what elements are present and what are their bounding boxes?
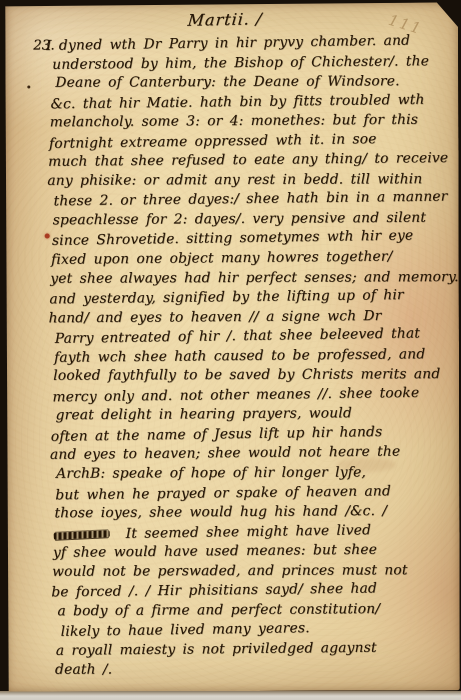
manuscript-line-text: fayth wch shee hath caused to be profess… (54, 346, 425, 366)
manuscript-scan: Martii. / 111 23. I dyned wth Dr Parry i… (0, 0, 461, 700)
text-block: I dyned wth Dr Parry in hir pryvy chambe… (49, 32, 455, 681)
manuscript-line-text: yf shee would have used meanes: but shee (53, 542, 377, 561)
manuscript-line-text: be forced /. / Hir phisitians sayd/ shee… (51, 581, 377, 601)
manuscript-line-text: since Shrovetide. sitting sometymes wth … (52, 228, 414, 249)
page-header-month: Martii. / (4, 6, 446, 34)
manuscript-line-text: It seemed shee might have lived (126, 522, 372, 542)
manuscript-line-text: mercy only and. not other meanes //. she… (52, 385, 419, 405)
manuscript-line-text: Deane of Canterbury: the Deane of Windso… (55, 73, 399, 91)
manuscript-line: much that shee refused to eate any thing… (48, 149, 450, 172)
manuscript-line-text: and yesterday, signified by the lifting … (49, 287, 404, 307)
margin-red-dot (45, 233, 50, 238)
manuscript-line-text: a royall maiesty is not priviledged agay… (56, 640, 377, 659)
manuscript-line-text: great delight in hearing prayers, would (56, 406, 353, 424)
manuscript-line-text: yet shee alwayes had hir perfect senses;… (50, 269, 458, 287)
manuscript-line-text: a body of a firme and perfect constituti… (57, 601, 380, 619)
manuscript-line-text: melancholy. some 3: or 4: monethes: but … (50, 112, 418, 131)
manuscript-line-text: &c. that hir Matie. hath bin by fitts tr… (50, 91, 424, 112)
manuscript-line-text: hand/ and eyes to heaven // a signe wch … (49, 308, 382, 326)
manuscript-line-text: fortnight extreame oppressed wth it. in … (49, 131, 377, 152)
manuscript-line-text: looked faythfully to be saved by Christs… (53, 366, 440, 384)
manuscript-line-text: Parry entreated of hir /. that shee bele… (55, 326, 420, 347)
manuscript-line: a royall maiesty is not priviledged agay… (56, 638, 455, 661)
manuscript-line-text: much that shee refused to eate any thing… (48, 150, 448, 170)
manuscript-line-text: death /. (55, 661, 112, 677)
manuscript-line-text: often at the name of Jesus lift up hir h… (51, 424, 383, 445)
manuscript-line-text: I dyned wth Dr Parry in hir pryvy chambe… (46, 33, 410, 54)
manuscript-line-text: likely to haue lived many yeares. (61, 621, 310, 641)
manuscript-line: ArchB: speake of hope of hir longer lyfe… (56, 463, 453, 484)
manuscript-line-text: these 2. or three dayes:/ shee hath bin … (53, 189, 447, 210)
manuscript-page: Martii. / 111 23. I dyned wth Dr Parry i… (5, 2, 460, 691)
manuscript-line-text: fixed upon one object many howres togeth… (51, 249, 393, 268)
manuscript-line-text: those ioyes, shee would hug his hand /&c… (54, 503, 387, 521)
manuscript-line-text: understood by him, the Bishop of Chiches… (52, 53, 429, 73)
manuscript-line: fixed upon one object many howres togeth… (51, 247, 451, 270)
manuscript-line-text: ArchB: speake of hope of hir longer lyfe… (56, 464, 366, 481)
crossed-out-word (54, 530, 110, 540)
margin-ink-dot (27, 86, 30, 89)
manuscript-line: death /. (55, 659, 455, 680)
manuscript-line-text: would not be perswaded, and princes must… (52, 562, 408, 580)
manuscript-line: yf shee would have used meanes: but shee (53, 540, 454, 563)
manuscript-line-text: and eyes to heaven; shee would not heare… (50, 444, 401, 463)
manuscript-line-text: but when he prayed or spake of heaven an… (55, 483, 391, 503)
manuscript-line-text: any phisike: or admit any rest in bedd. … (47, 171, 422, 189)
scan-bottom-edge (0, 691, 461, 700)
manuscript-line-text: speachlesse for 2: dayes/. very pensive … (53, 210, 427, 229)
